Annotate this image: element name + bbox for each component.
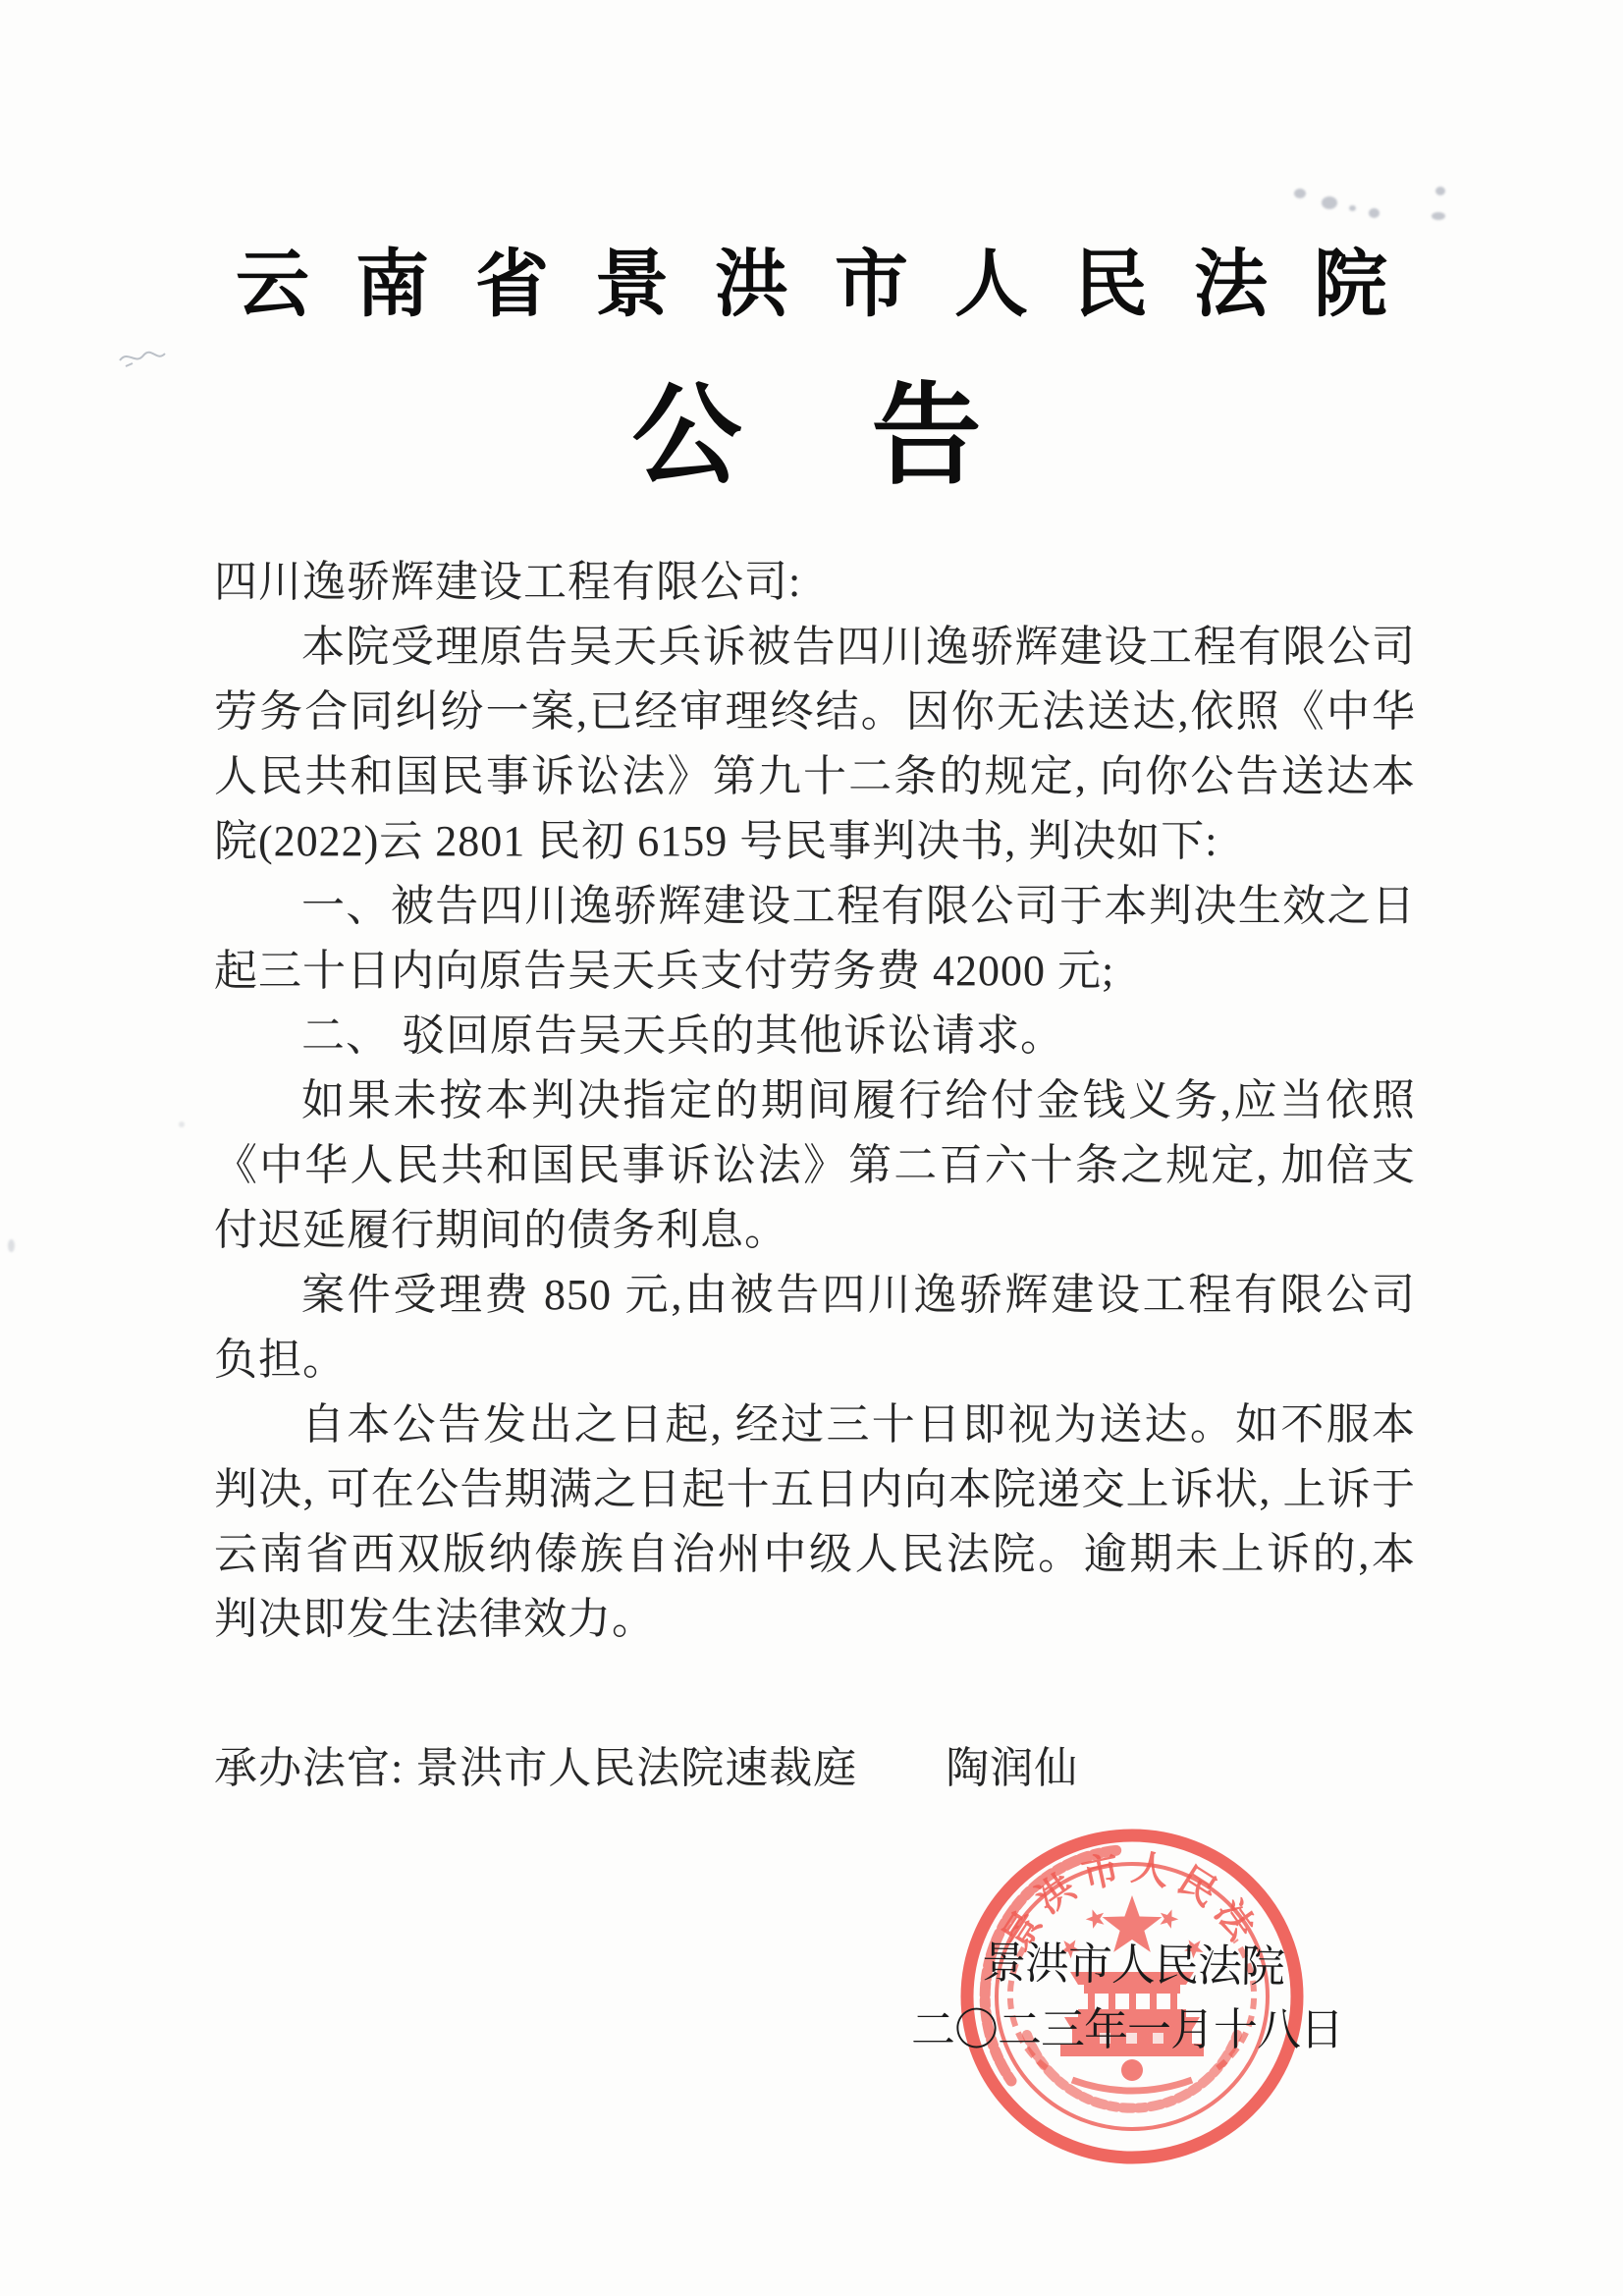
paragraph: 案件受理费 850 元,由被告四川逸骄辉建设工程有限公司负担。 [214, 1263, 1416, 1393]
scan-artifact [8, 1239, 15, 1252]
ribbon-icon [1072, 2080, 1192, 2091]
pencil-mark-artifact [118, 346, 179, 371]
scan-artifact [1349, 205, 1356, 211]
scan-artifact [1294, 189, 1306, 198]
recipient-line: 四川逸骄辉建设工程有限公司: [214, 550, 1416, 615]
document-body: 四川逸骄辉建设工程有限公司: 本院受理原告吴天兵诉被告四川逸骄辉建设工程有限公司… [214, 550, 1416, 1652]
paragraph: 自本公告发出之日起, 经过三十日即视为送达。如不服本判决, 可在公告期满之日起十… [214, 1393, 1416, 1652]
page-title-court-name: 云南省景洪市人民法院 [0, 226, 1623, 331]
scan-artifact [1432, 212, 1445, 220]
paragraph: 二、 驳回原告吴天兵的其他诉讼请求。 [214, 1004, 1416, 1068]
scan-artifact [1322, 196, 1337, 209]
scan-artifact [179, 1121, 185, 1127]
announcement-page: 云南省景洪市人民法院 公 告 四川逸骄辉建设工程有限公司: 本院受理原告吴天兵诉… [0, 0, 1623, 2296]
scan-artifact [1369, 208, 1380, 218]
gear-icon [1121, 2059, 1143, 2081]
paragraph: 如果未按本判决指定的期间履行给付金钱义务,应当依照《中华人民共和国民事诉讼法》第… [214, 1068, 1416, 1263]
scan-artifact [1435, 187, 1445, 195]
seal-court-name: 景洪市人民法院 [982, 1927, 1285, 1995]
judge-line: 承办法官: 景洪市人民法院速裁庭 陶润仙 [214, 1732, 1078, 1795]
seal-date: 二〇二三年一月十八日 [911, 1994, 1343, 2057]
paragraph: 本院受理原告吴天兵诉被告四川逸骄辉建设工程有限公司劳务合同纠纷一案,已经审理终结… [214, 615, 1416, 874]
official-seal: 景洪市人民法院 [956, 1825, 1308, 2170]
doc-title: 公 告 [0, 348, 1623, 506]
paragraph: 一、被告四川逸骄辉建设工程有限公司于本判决生效之日起三十日内向原告吴天兵支付劳务… [214, 874, 1416, 1004]
